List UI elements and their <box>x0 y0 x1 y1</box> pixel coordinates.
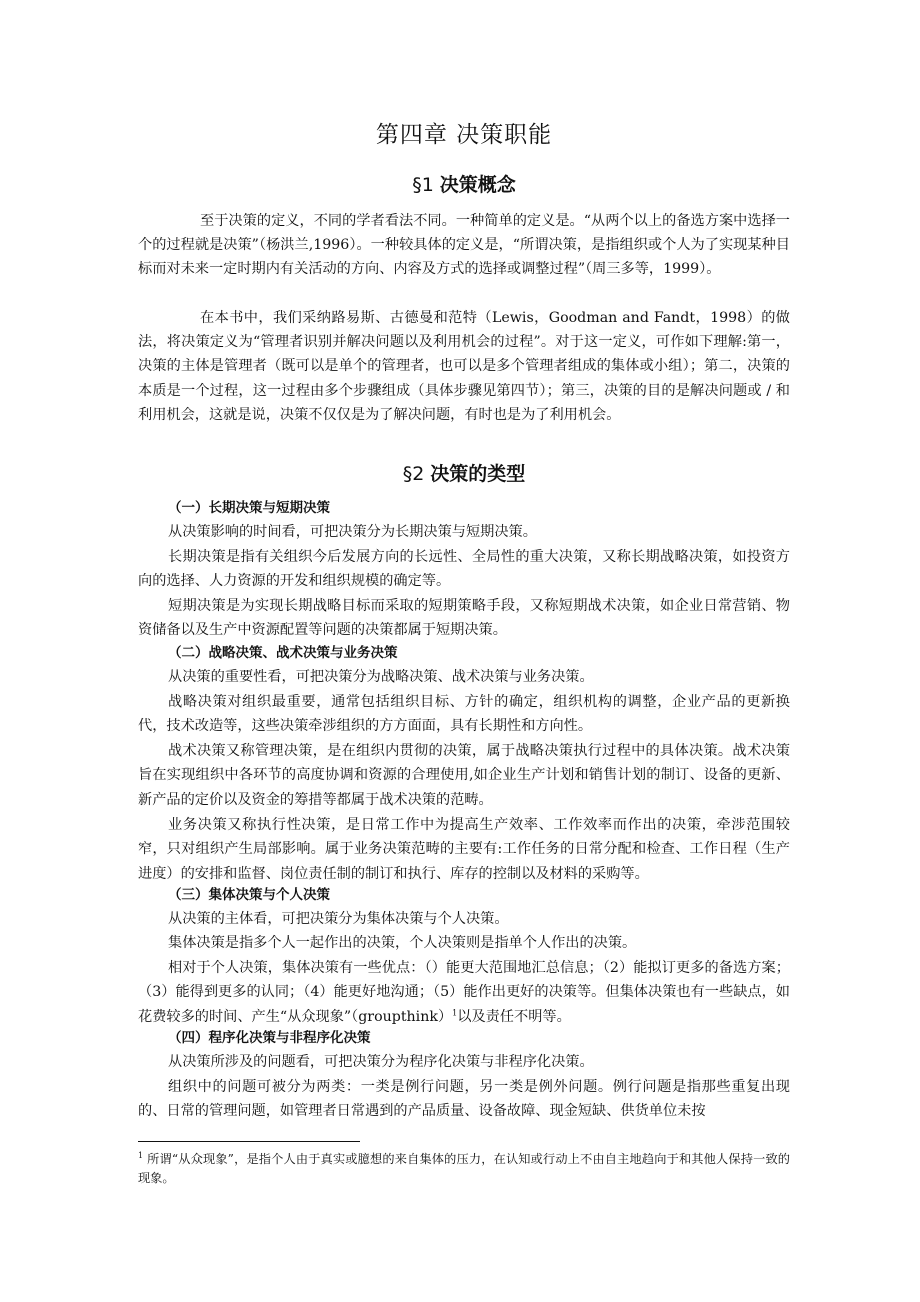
section-number: §2 <box>403 463 425 485</box>
paragraph: 战略决策对组织最重要，通常包括组织目标、方针的确定，组织机构的调整，企业产品的更… <box>138 690 790 739</box>
section-number: §1 <box>412 174 434 196</box>
paragraph: 短期决策是为实现长期战略目标而采取的短期策略手段，又称短期战术决策，如企业日常营… <box>138 594 790 643</box>
section-title-text: 决策的类型 <box>430 463 525 485</box>
paragraph: 相对于个人决策，集体决策有一些优点：（）能更大范围地汇总信息；（2）能拟订更多的… <box>138 956 790 1029</box>
paragraph: 从决策所涉及的问题看，可把决策分为程序化决策与非程序化决策。 <box>138 1050 790 1074</box>
section-1-title: §1决策概念 <box>138 171 790 199</box>
subsection-heading: （一）长期决策与短期决策 <box>168 497 330 519</box>
paragraph: 集体决策是指多个人一起作出的决策，个人决策则是指单个人作出的决策。 <box>138 931 790 955</box>
paragraph-text-tail: 以及责任不明等。 <box>457 1009 571 1025</box>
paragraph: 在本书中，我们采纳路易斯、古德曼和范特（Lewis，Goodman and Fa… <box>138 306 790 427</box>
subsection-heading: （三）集体决策与个人决策 <box>168 884 330 906</box>
footnote-separator <box>138 1141 360 1142</box>
section-title-text: 决策概念 <box>440 174 516 196</box>
footnote-text: 所谓“从众现象”，是指个人由于真实或臆想的来自集体的压力，在认知或行动上不由自主… <box>138 1152 790 1185</box>
section-2-title: §2决策的类型 <box>138 460 790 488</box>
chapter-title: 第四章 决策职能 <box>138 119 790 151</box>
footnote: 1 所谓“从众现象”，是指个人由于真实或臆想的来自集体的压力，在认知或行动上不由… <box>138 1150 790 1188</box>
paragraph: 业务决策又称执行性决策，是日常工作中为提高生产效率、工作效率而作出的决策，牵涉范… <box>138 813 790 886</box>
paragraph: 从决策的重要性看，可把决策分为战略决策、战术决策与业务决策。 <box>138 665 790 689</box>
paragraph: 长期决策是指有关组织今后发展方向的长远性、全局性的重大决策，又称长期战略决策，如… <box>138 545 790 594</box>
paragraph: 从决策的主体看，可把决策分为集体决策与个人决策。 <box>138 907 790 931</box>
paragraph: 组织中的问题可被分为两类：一类是例行问题，另一类是例外问题。例行问题是指那些重复… <box>138 1075 790 1124</box>
paragraph: 战术决策又称管理决策，是在组织内贯彻的决策，属于战略决策执行过程中的具体决策。战… <box>138 739 790 812</box>
paragraph: 从决策影响的时间看，可把决策分为长期决策与短期决策。 <box>138 520 790 544</box>
subsection-heading: （二）战略决策、战术决策与业务决策 <box>168 642 398 664</box>
subsection-heading: （四）程序化决策与非程序化决策 <box>168 1027 371 1049</box>
paragraph: 至于决策的定义，不同的学者看法不同。一种简单的定义是。“从两个以上的备选方案中选… <box>138 209 790 282</box>
